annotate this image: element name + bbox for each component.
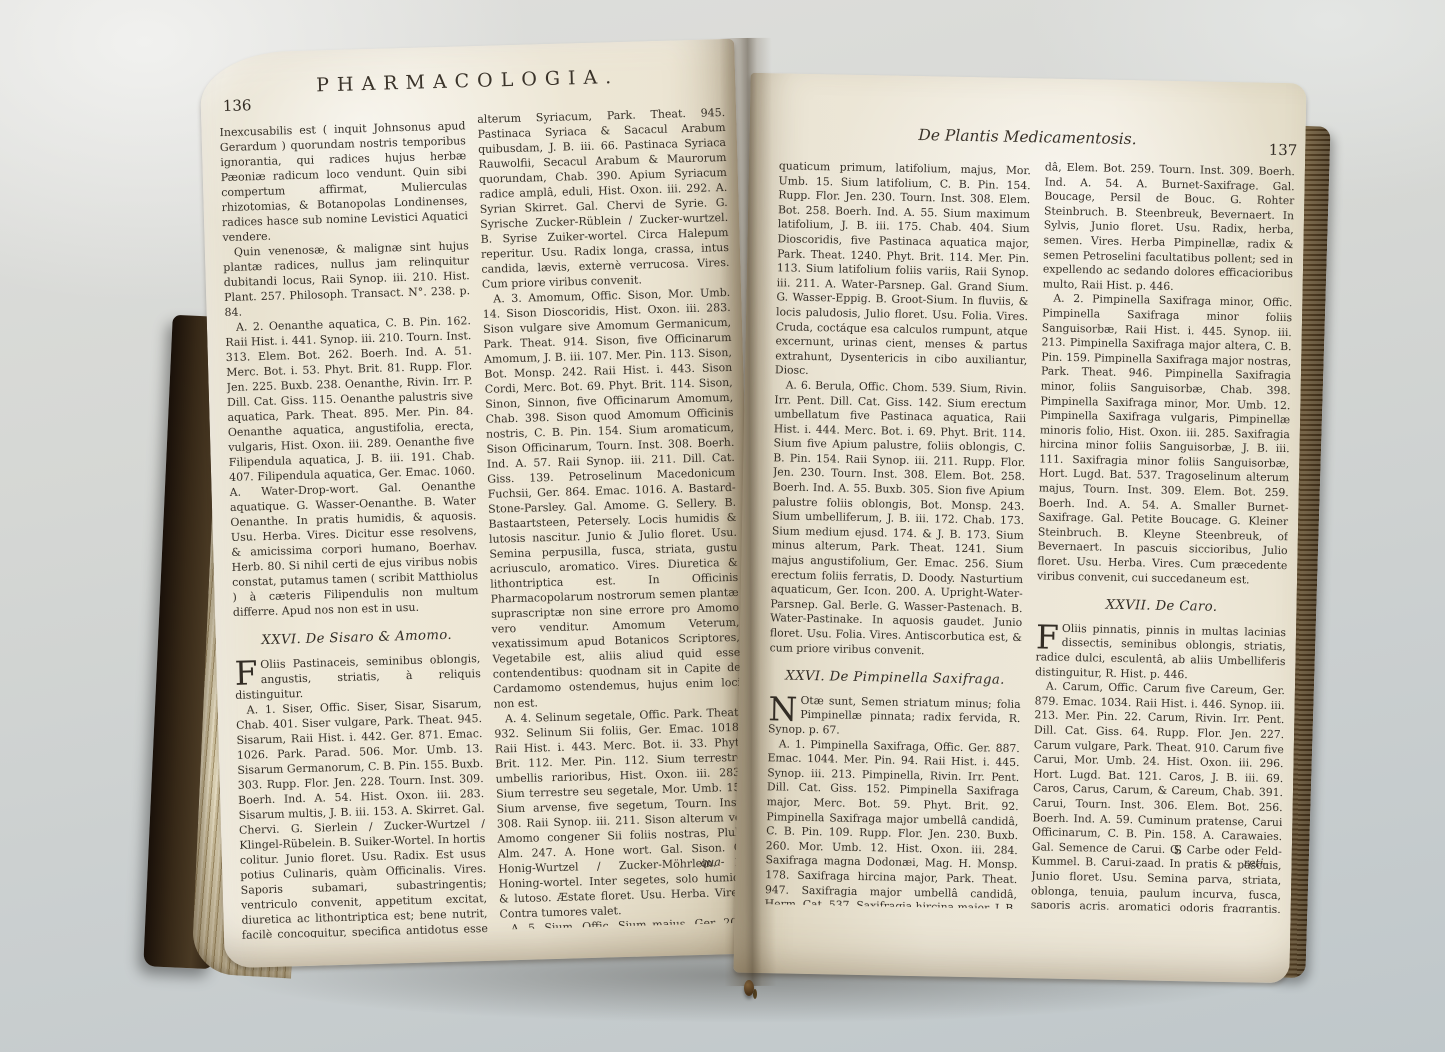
paragraph: A. 3. Amomum, Offic. Sison, Mor. Umb. 14… xyxy=(482,285,742,712)
right-page-column-1: quaticum primum, latifolium, majus, Mor.… xyxy=(765,159,1031,909)
section-heading-pimpinella: XXVI. De Pimpinella Saxifraga. xyxy=(769,669,1021,688)
paragraph-text: Oliis pinnatis, pinnis in multas lacinia… xyxy=(1035,622,1286,681)
page-number: 136 xyxy=(223,96,252,115)
paragraph: Inexcusabilis est ( inquit Johnsonus apu… xyxy=(219,118,468,245)
paragraph-text: Otæ sunt, Semen striatum minus; folia Pi… xyxy=(768,694,1021,737)
right-page-column-2: dâ, Elem. Bot. 259. Tourn. Inst. 309. Bo… xyxy=(1031,160,1295,913)
paragraph: alterum Syriacum, Park. Theat. 945. Past… xyxy=(477,105,730,292)
signature-mark: S xyxy=(1174,843,1183,857)
binding-knot xyxy=(744,980,754,996)
page-number: 137 xyxy=(1268,141,1297,160)
paragraph: NOtæ sunt, Semen striatum minus; folia P… xyxy=(768,693,1021,742)
drop-cap: F xyxy=(1036,621,1062,650)
paragraph: A. 2. Oenanthe aquatica, C. B. Pin. 162.… xyxy=(225,313,479,620)
paragraph-text: Oliis Pastinaceis, seminibus oblongis, a… xyxy=(235,652,481,702)
photo-of-open-book: PHARMACOLOGIA. 136 Inexcusabilis est ( i… xyxy=(0,0,1445,1052)
paragraph: dâ, Elem. Bot. 259. Tourn. Inst. 309. Bo… xyxy=(1043,160,1295,296)
left-page-column-2: alterum Syriacum, Park. Theat. 945. Past… xyxy=(477,105,748,930)
paragraph: FOliis Pastinaceis, seminibus oblongis, … xyxy=(234,651,481,703)
paragraph: A. 1. Siser, Offic. Siser, Sisar, Sisaru… xyxy=(235,696,488,940)
paragraph: Quin venenosæ, & malignæ sint hujus plan… xyxy=(223,238,471,320)
running-header: De Plantis Medicamentosis. xyxy=(749,123,1305,152)
paragraph: A. 6. Berula, Offic. Chom. 539. Sium, Ri… xyxy=(770,378,1027,660)
catchword: qua- xyxy=(700,855,725,869)
paragraph: A. 1. Pimpinella Saxifraga, Offic. Ger. … xyxy=(765,737,1020,909)
left-page-column-1: Inexcusabilis est ( inquit Johnsonus apu… xyxy=(219,118,488,940)
section-heading-sisaro: XXVI. De Sisaro & Amomo. xyxy=(234,627,480,649)
paragraph: A. 4. Selinum segetale, Offic. Park. The… xyxy=(494,705,748,922)
section-heading-caro: XXVII. De Caro. xyxy=(1036,598,1286,617)
left-page: PHARMACOLOGIA. 136 Inexcusabilis est ( i… xyxy=(199,39,759,969)
paragraph: A. 2. Pimpinella Saxifraga minor, Offic.… xyxy=(1037,292,1293,589)
drop-cap: F xyxy=(234,657,261,687)
right-page: De Plantis Medicamentosis. 137 quaticum … xyxy=(733,73,1306,984)
paragraph: quaticum primum, latifolium, majus, Mor.… xyxy=(775,159,1031,383)
book: PHARMACOLOGIA. 136 Inexcusabilis est ( i… xyxy=(0,0,1445,1052)
running-header: PHARMACOLOGIA. xyxy=(200,63,735,100)
paragraph: FOliis pinnatis, pinnis in multas lacini… xyxy=(1035,621,1286,684)
catchword: reti- xyxy=(1243,856,1267,869)
paragraph: A. Carum, Offic. Carum five Careum, Ger.… xyxy=(1031,680,1285,914)
drop-cap: N xyxy=(768,693,800,723)
